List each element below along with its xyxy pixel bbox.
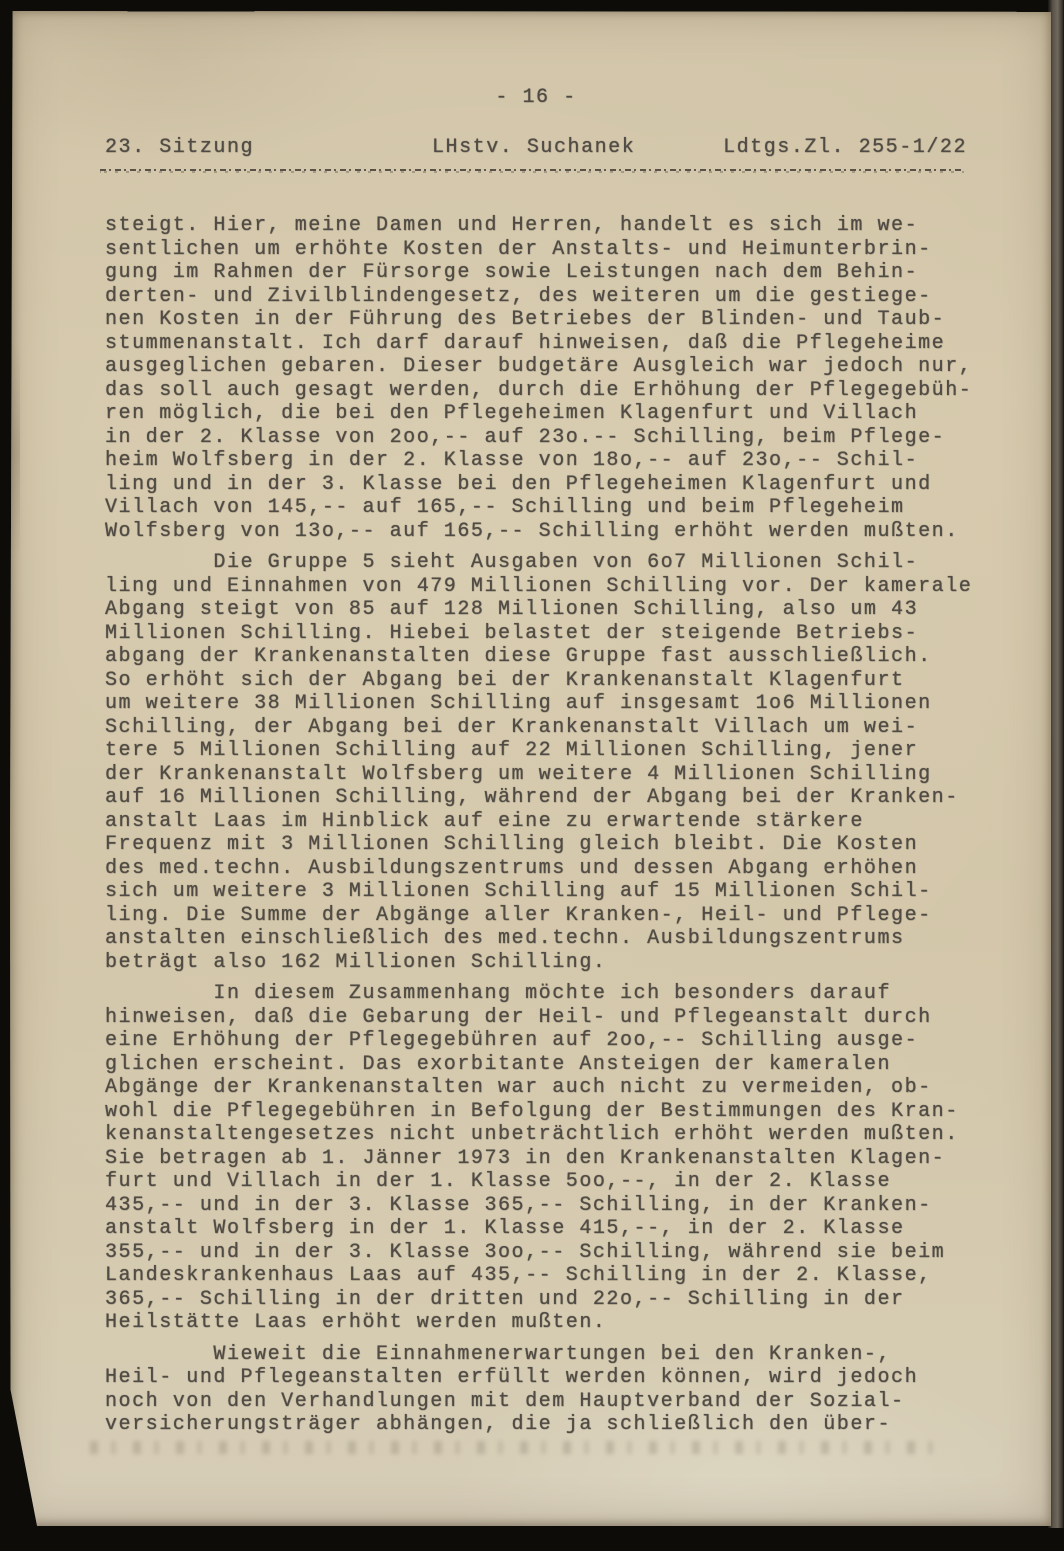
text-line: beträgt also 162 Millionen Schilling. xyxy=(105,951,1010,975)
paragraph-4: Wieweit die Einnahmenerwartungen bei den… xyxy=(105,1343,1010,1437)
text-line: in der 2. Klasse von 2oo,-- auf 23o.-- S… xyxy=(105,426,1010,450)
text-line: furt und Villach in der 1. Klasse 5oo,--… xyxy=(105,1170,1010,1194)
header-divider xyxy=(100,168,964,173)
text-line: heim Wolfsberg in der 2. Klasse von 18o,… xyxy=(105,449,1010,473)
text-line: Abgänge der Krankenanstalten war auch ni… xyxy=(105,1076,1010,1100)
paragraph-3: In diesem Zusammenhang möchte ich besond… xyxy=(105,982,1010,1335)
text-line: des med.techn. Ausbildungszentrums und d… xyxy=(105,857,1010,881)
text-line: eine Erhöhung der Pflegegebühren auf 2oo… xyxy=(105,1029,1010,1053)
text-line: Schilling, der Abgang bei der Krankenans… xyxy=(105,716,1010,740)
edge-stain xyxy=(6,341,20,561)
text-line: Villach von 145,-- auf 165,-- Schilling … xyxy=(105,496,1010,520)
text-line: derten- und Zivilblindengesetz, des weit… xyxy=(105,285,1010,309)
text-line: Landeskrankenhaus Laas auf 435,-- Schill… xyxy=(105,1264,1010,1288)
text-line: Frequenz mit 3 Millionen Schilling gleic… xyxy=(105,833,1010,857)
text-line: Wieweit die Einnahmenerwartungen bei den… xyxy=(105,1343,1010,1367)
text-line: ling und in der 3. Klasse bei den Pflege… xyxy=(105,473,1010,497)
text-line: um weitere 38 Millionen Schilling auf in… xyxy=(105,692,1010,716)
document-body: steigt. Hier, meine Damen und Herren, ha… xyxy=(105,214,1010,1437)
text-line: ren möglich, die bei den Pflegeheimen Kl… xyxy=(105,402,1010,426)
text-line: stummenanstalt. Ich darf darauf hinweise… xyxy=(105,332,1010,356)
text-line: Millionen Schilling. Hiebei belastet der… xyxy=(105,622,1010,646)
text-line: anstalt Laas im Hinblick auf eine zu erw… xyxy=(105,810,1010,834)
text-line: anstalten einschließlich des med.techn. … xyxy=(105,927,1010,951)
text-line: gung im Rahmen der Fürsorge sowie Leistu… xyxy=(105,261,1010,285)
text-line: kenanstaltengesetzes nicht unbeträchtlic… xyxy=(105,1123,1010,1147)
text-line: tere 5 Millionen Schilling auf 22 Millio… xyxy=(105,739,1010,763)
text-line: Sie betragen ab 1. Jänner 1973 in den Kr… xyxy=(105,1147,1010,1171)
text-line: In diesem Zusammenhang möchte ich besond… xyxy=(105,982,1010,1006)
text-line: versicherungsträger abhängen, die ja sch… xyxy=(105,1413,1010,1437)
paragraph-1: steigt. Hier, meine Damen und Herren, ha… xyxy=(105,214,1010,543)
text-line: nen Kosten in der Führung des Betriebes … xyxy=(105,308,1010,332)
text-line: Heilstätte Laas erhöht werden mußten. xyxy=(105,1311,1010,1335)
header-reference: Ldtgs.Zl. 255-1/22 xyxy=(723,136,967,160)
text-line: sentlichen um erhöhte Kosten der Anstalt… xyxy=(105,238,1010,262)
text-line: das soll auch gesagt werden, durch die E… xyxy=(105,379,1010,403)
bleed-through-artifact xyxy=(90,1441,940,1454)
text-line: anstalt Wolfsberg in der 1. Klasse 415,-… xyxy=(105,1217,1010,1241)
text-line: hinweisen, daß die Gebarung der Heil- un… xyxy=(105,1006,1010,1030)
text-line: auf 16 Millionen Schilling, während der … xyxy=(105,786,1010,810)
text-line: Heil- und Pflegeanstalten erfüllt werden… xyxy=(105,1366,1010,1390)
text-line: Abgang steigt von 85 auf 128 Millionen S… xyxy=(105,598,1010,622)
scan-background: { "page": { "page_number": "- 16 -", "he… xyxy=(0,0,1064,1551)
text-line: der Krankenanstalt Wolfsberg um weitere … xyxy=(105,763,1010,787)
text-line: Wolfsberg von 13o,-- auf 165,-- Schillin… xyxy=(105,520,1010,544)
text-line: So erhöht sich der Abgang bei der Kranke… xyxy=(105,669,1010,693)
page-header: 23. Sitzung LHstv. Suchanek Ldtgs.Zl. 25… xyxy=(105,136,967,160)
header-speaker: LHstv. Suchanek xyxy=(432,136,635,160)
header-session: 23. Sitzung xyxy=(105,136,254,160)
text-line: ling. Die Summe der Abgänge aller Kranke… xyxy=(105,904,1010,928)
text-line: ling und Einnahmen von 479 Millionen Sch… xyxy=(105,575,1010,599)
text-line: wohl die Pflegegebühren in Befolgung der… xyxy=(105,1100,1010,1124)
text-line: 365,-- Schilling in der dritten und 22o,… xyxy=(105,1288,1010,1312)
text-line: sich um weitere 3 Millionen Schilling au… xyxy=(105,880,1010,904)
text-line: 355,-- und in der 3. Klasse 3oo,-- Schil… xyxy=(105,1241,1010,1265)
text-line: noch von den Verhandlungen mit dem Haupt… xyxy=(105,1390,1010,1414)
text-line: abgang der Krankenanstalten diese Gruppe… xyxy=(105,645,1010,669)
text-line: steigt. Hier, meine Damen und Herren, ha… xyxy=(105,214,1010,238)
paragraph-2: Die Gruppe 5 sieht Ausgaben von 6o7 Mill… xyxy=(105,551,1010,974)
text-line: ausgeglichen gebaren. Dieser budgetäre A… xyxy=(105,355,1010,379)
text-line: glichen erscheint. Das exorbitante Anste… xyxy=(105,1053,1010,1077)
document-page: - 16 - 23. Sitzung LHstv. Suchanek Ldtgs… xyxy=(10,11,1051,1526)
page-number: - 16 - xyxy=(105,86,967,110)
text-line: Die Gruppe 5 sieht Ausgaben von 6o7 Mill… xyxy=(105,551,1010,575)
text-line: 435,-- und in der 3. Klasse 365,-- Schil… xyxy=(105,1194,1010,1218)
